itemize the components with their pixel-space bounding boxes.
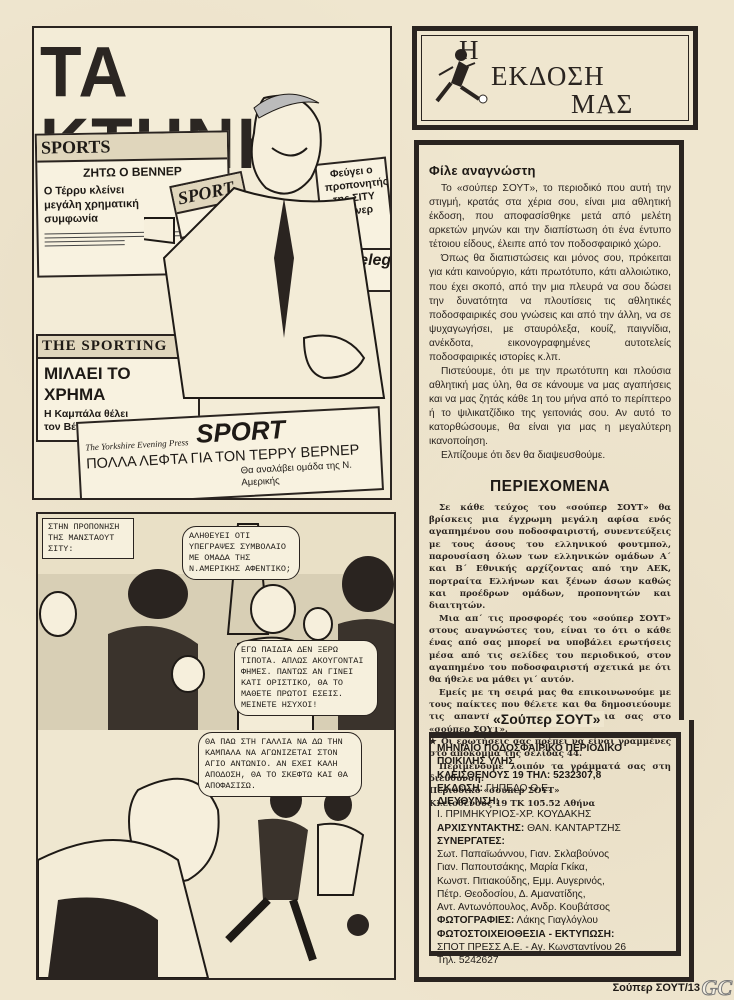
editor-value: ΘΑΝ. ΚΑΝΤΑΡΤΖΗΣ [527, 823, 621, 834]
manager-illustration [144, 88, 392, 448]
section-header: Η ΕΚΔΟΣΗ ΜΑΣ [412, 26, 698, 130]
comic-panel-match: ΘΑ ΠΑΩ ΣΤΗ ΓΑΛΛΙΑ ΝΑ ΔΩ ΤΗΝ ΚΑΜΠΑΛΑ ΝΑ Α… [36, 730, 396, 980]
comic-panel-headlines: ΤΑ ΚΤΗΝΗ SPORTS ΖΗΤΩ Ο ΒΕΝΝΕΡ Ο Τέρρυ κλ… [32, 26, 392, 500]
masthead-title: «Σούπερ ΣΟΥΤ» [489, 711, 604, 727]
phone-value: Τηλ. 5242627 [437, 954, 670, 967]
management-label: ΔΙΕΥΘΥΝΣΗ: [437, 795, 670, 808]
editorial-paragraph: Το «σούπερ ΣΟΥΤ», το περιοδικό που αυτή … [429, 182, 671, 252]
header-line-1: Η [459, 35, 480, 66]
masthead-description: ΜΗΝΙΑΙΟ ΠΟΔΟΣΦΑΙΡΙΚΟ ΠΕΡΙΟΔΙΚΟ [437, 742, 670, 755]
contributors-line: Κωνστ. Πιτιακούδης, Εμμ. Αυγερινός, [437, 875, 670, 888]
header-line-3: ΜΑΣ [571, 89, 633, 120]
speech-bubble-reporter: ΑΛΗΘΕΥΕΙ ΟΤΙ ΥΠΕΓΡΑΨΕΣ ΣΥΜΒΟΛΑΙΟ ΜΕ ΟΜΑΔ… [182, 526, 300, 580]
editorial-paragraph: Όπως θα διαπιστώσεις και μόνος σου, πρόκ… [429, 252, 671, 365]
editorial-paragraph: Ελπίζουμε ότι δεν θα διαψευσθούμε. [429, 449, 671, 463]
photos-label: ΦΩΤΟΓΡΑΦΙΕΣ: [437, 915, 514, 926]
masthead-address: ΚΛΕΙΣΘΕΝΟΥΣ 19 ΤΗΛ: 5232307,8 [437, 769, 670, 782]
speech-bubble-manager: ΘΑ ΠΑΩ ΣΤΗ ΓΑΛΛΙΑ ΝΑ ΔΩ ΤΗΝ ΚΑΜΠΑΛΑ ΝΑ Α… [198, 732, 362, 797]
contributors-line: Γιαν. Παπουτσάκης, Μαρία Γκίκα, [437, 861, 670, 874]
masthead-credits: ΜΗΝΙΑΙΟ ΠΟΔΟΣΦΑΙΡΙΚΟ ΠΕΡΙΟΔΙΚΟ ΠΟΙΚΙΛΗΣ … [429, 732, 681, 956]
editorial-paragraph: Πιστεύουμε, ότι με την πρωτότυπη και πλο… [429, 365, 671, 449]
speech-bubble-manager: ΕΓΩ ΠΑΙΔΙΑ ΔΕΝ ΞΕΡΩ ΤΙΠΟΤΑ. ΑΠΛΩΣ ΑΚΟΥΓΟ… [234, 640, 378, 716]
contributors-line: Πέτρ. Θεοδοσίου, Δ. Αμανατίδης, [437, 888, 670, 901]
photos-value: Λάκης Γιαγλόγλου [517, 915, 599, 926]
masthead-box: «Σούπερ ΣΟΥΤ» ΜΗΝΙΑΙΟ ΠΟΔΟΣΦΑΙΡΙΚΟ ΠΕΡΙΟ… [414, 720, 694, 982]
publisher-value: ΓΗΠΕΔΟ Ο.Ε. [486, 783, 551, 794]
contributors-line: Αντ. Αντωνόπουλος, Ανδρ. Κουβάτσος [437, 901, 670, 914]
typesetting-value: ΣΠΟΤ ΠΡΕΣΣ Α.Ε. - Αγ. Κωνσταντίνου 26 [437, 941, 670, 954]
contents-heading: ΠΕΡΙΕΧΟΜΕΝΑ [429, 478, 671, 496]
typesetting-label: ΦΩΤΟΣΤΟΙΧΕΙΟΘΕΣΙΑ - ΕΚΤΥΠΩΣΗ: [437, 928, 670, 941]
editorial-greeting: Φίλε αναγνώστη [429, 163, 671, 178]
contents-paragraph: Μια απ΄ τις προσφορές του «σούπερ ΣΟΥΤ» … [429, 613, 671, 687]
contributors-label: ΣΥΝΕΡΓΑΤΕΣ: [437, 835, 670, 848]
contributors-line: Σωτ. Παπαϊωάννου, Γιαν. Σκλαβούνος [437, 848, 670, 861]
masthead-description: ΠΟΙΚΙΛΗΣ ΥΛΗΣ [437, 755, 670, 768]
panel-caption: ΣΤΗΝ ΠΡΟΠΟΝΗΣΗ ΤΗΣ ΜΑΝΣΤΑΟΥΤ ΣΙΤΥ: [42, 518, 134, 559]
editorial-box: Φίλε αναγνώστη Το «σούπερ ΣΟΥΤ», το περι… [414, 140, 684, 720]
publisher-label: ΕΚΔΟΣΗ: [437, 783, 483, 794]
management-value: Ι. ΠΡΙΜΗΚΥΡΙΟΣ-ΧΡ. ΚΟΥΔΑΚΗΣ [437, 808, 670, 821]
comic-panel-training: ΣΤΗΝ ΠΡΟΠΟΝΗΣΗ ΤΗΣ ΜΑΝΣΤΑΟΥΤ ΣΙΤΥ: ΑΛΗΘΕ… [36, 512, 396, 734]
editor-label: ΑΡΧΙΣΥΝΤΑΚΤΗΣ: [437, 823, 524, 834]
newspaper-subheadline: Ο Τέρρυ κλείνει μεγάλη χρηματική συμφωνί… [38, 184, 161, 231]
watermark-logo: GC [701, 975, 732, 1000]
contents-paragraph: Σε κάθε τεύχος του «σούπερ ΣΟΥΤ» θα βρίσ… [429, 502, 671, 613]
page-footer: Σούπερ ΣΟΥΤ/13 [613, 982, 700, 994]
header-line-2: ΕΚΔΟΣΗ [491, 61, 605, 92]
